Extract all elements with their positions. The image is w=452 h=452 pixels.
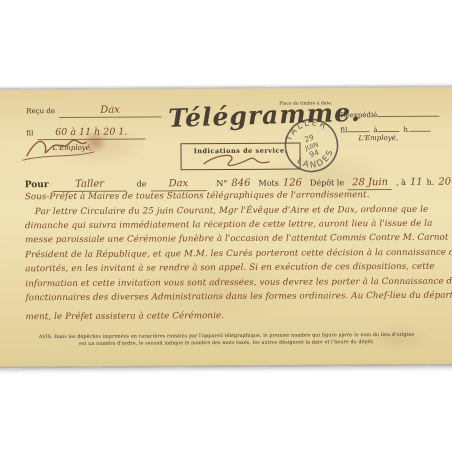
recu-label: Reçu de (26, 107, 55, 115)
numero-value: 846 (231, 178, 250, 189)
postmark-year: 94 (308, 148, 320, 160)
a-label: , à (396, 178, 406, 187)
body-line: dimanche qui suivra immédiatement la réc… (25, 219, 432, 231)
mots-value: 126 (283, 178, 302, 189)
body-line: ment, le Préfet assistera à cette Cérémo… (26, 311, 225, 322)
ink-smudge (82, 132, 108, 152)
body-line: fonctionnaires des diverses Administrati… (25, 291, 452, 304)
employe-label-right: L'Employé, (358, 134, 398, 142)
reexpedie-label: Réexpédié (340, 111, 377, 119)
de-value: Dax (169, 178, 189, 189)
hour-value: 11 (410, 177, 423, 188)
notice-line-2: est un numéro d'ordre, le second indique… (0, 340, 452, 348)
body-line: information et cette invitation vous son… (25, 277, 452, 290)
mots-label: Mots (258, 179, 278, 188)
fil-label-right: fil (340, 126, 347, 134)
recu-value: Dax (100, 105, 120, 116)
body-line: Sous-Préfet à Maires de toutes Stations … (25, 190, 370, 202)
body-line: autorités, en les invitant à se rendre à… (25, 262, 434, 275)
telegram-paper: Reçu de Dax fil 60 à 11 h 20 1. L'Employ… (0, 86, 452, 369)
h-label-right: h. (403, 126, 410, 134)
body-line: messe paroissiale une Cérémonie funèbre … (25, 233, 448, 246)
h-label: h. (427, 178, 435, 187)
pour-value: Taller (75, 179, 104, 190)
service-paraph (196, 154, 286, 169)
body-line: Par lettre Circulaire du 25 juin Courant… (35, 205, 428, 217)
numero-label: N° (216, 179, 227, 188)
place-timbre-label: Place du timbre à date. (279, 101, 332, 106)
depot-label: Dépôt le (310, 178, 344, 187)
pour-label: Pour (25, 180, 49, 190)
body-line: Président de la République, et que M.M. … (25, 248, 452, 261)
de-label: de (137, 179, 147, 188)
minute-value: 20 (438, 177, 451, 188)
depot-value: 28 Juin (352, 177, 388, 188)
header-line: Pour Taller de Dax N° 846 Mots 126 Dépôt… (25, 171, 452, 192)
